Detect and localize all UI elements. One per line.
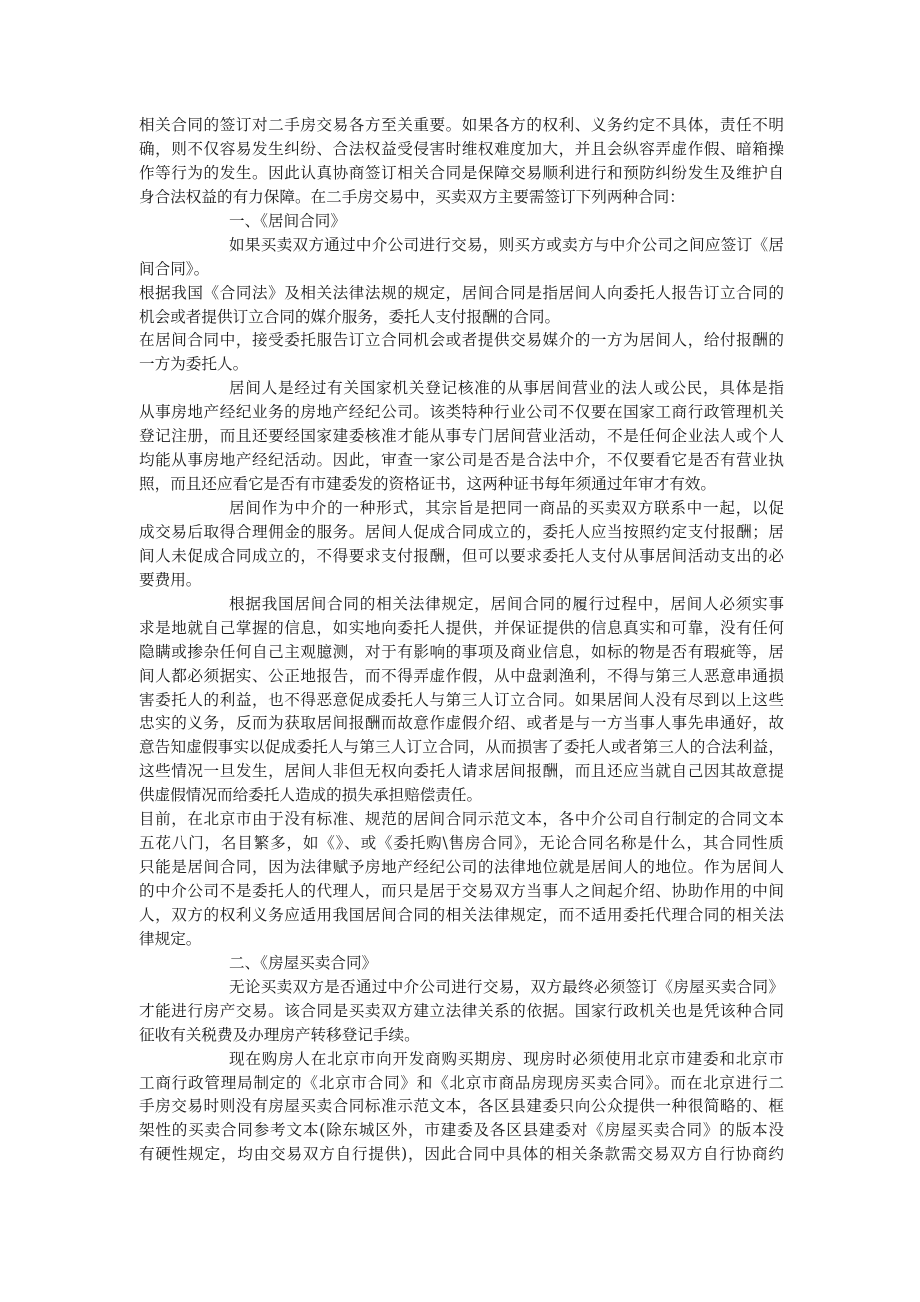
text-line: 意告知虚假事实以促成委托人与第三人订立合同，从而损害了委托人或者第三人的合法利益… xyxy=(139,736,784,760)
text-line: 有硬性规定，均由交易双方自行提供)，因此合同中具体的相关条款需交易双方自行协商约 xyxy=(139,1143,784,1167)
text-line: 如果买卖双方通过中介公司进行交易，则买方或卖方与中介公司之间应签订《居 xyxy=(139,234,784,258)
text-line: 五花八门，名目繁多，如《》、或《委托购\售房合同》，无论合同名称是什么，其合同性… xyxy=(139,832,784,856)
section-heading: 二、《房屋买卖合同》 xyxy=(139,952,784,976)
text-line: 架性的买卖合同参考文本(除东城区外，市建委及各区县建委对《房屋买卖合同》的版本没 xyxy=(139,1119,784,1143)
text-line: 一方为委托人。 xyxy=(139,353,784,377)
text-line: 相关合同的签订对二手房交易各方至关重要。如果各方的权利、义务约定不具体，责任不明 xyxy=(139,114,784,138)
text-line: 确，则不仅容易发生纠纷、合法权益受侵害时维权难度加大，并且会纵容弄虚作假、暗箱操 xyxy=(139,138,784,162)
text-line: 忠实的义务，反而为获取居间报酬而故意作虚假介绍、或者是与一方当事人事先串通好，故 xyxy=(139,712,784,736)
text-line: 供虚假情况而给委托人造成的损失承担赔偿责任。 xyxy=(139,784,784,808)
text-line: 才能进行房产交易。该合同是买卖双方建立法律关系的依据。国家行政机关也是凭该种合同 xyxy=(139,1000,784,1024)
text-line: 间人都必须据实、公正地报告，而不得弄虚作假，从中盘剥渔利，不得与第三人恶意串通损 xyxy=(139,665,784,689)
text-line: 根据我国居间合同的相关法律规定，居间合同的履行过程中，居间人必须实事 xyxy=(139,593,784,617)
text-line: 无论买卖双方是否通过中介公司进行交易，双方最终必须签订《房屋买卖合同》 xyxy=(139,976,784,1000)
text-line: 在居间合同中，接受委托服告订立合同机会或者提供交易媒介的一方为居间人，给付报酬的 xyxy=(139,329,784,353)
text-line: 登记注册，而且还要经国家建委核准才能从事专门居间营业活动，不是任何企业法人或个人 xyxy=(139,425,784,449)
text-line: 从事房地产经纪业务的房地产经纪公司。该类特种行业公司不仅要在国家工商行政管理机关 xyxy=(139,401,784,425)
text-line: 居间作为中介的一种形式，其宗旨是把同一商品的买卖双方联系中一起，以促 xyxy=(139,497,784,521)
text-line: 照，而且还应看它是否有市建委发的资格证书，这两种证书每年须通过年审才有效。 xyxy=(139,473,784,497)
text-line: 征收有关税费及办理房产转移登记手续。 xyxy=(139,1024,784,1048)
text-line: 隐瞒或掺杂任何自己主观臆测，对于有影响的事项及商业信息，如标的物是否有瑕疵等，居 xyxy=(139,641,784,665)
text-line: 成交易后取得合理佣金的服务。居间人促成合同成立的，委托人应当按照约定支付报酬；居 xyxy=(139,521,784,545)
text-line: 作等行为的发生。因此认真协商签订相关合同是保障交易顺利进行和预防纠纷发生及维护自 xyxy=(139,162,784,186)
document-page: 相关合同的签订对二手房交易各方至关重要。如果各方的权利、义务约定不具体，责任不明… xyxy=(139,114,784,1167)
document-body: 相关合同的签订对二手房交易各方至关重要。如果各方的权利、义务约定不具体，责任不明… xyxy=(139,114,784,1167)
text-line: 律规定。 xyxy=(139,928,784,952)
text-line: 求是地就自己掌握的信息，如实地向委托人提供，并保证提供的信息真实和可靠，没有任何 xyxy=(139,617,784,641)
text-line: 人，双方的权利义务应适用我国居间合同的相关法律规定，而不适用委托代理合同的相关法 xyxy=(139,904,784,928)
text-line: 害委托人的利益，也不得恶意促成委托人与第三人订立合同。如果居间人没有尽到以上这些 xyxy=(139,689,784,713)
text-line: 这些情况一旦发生，居间人非但无权向委托人请求居间报酬，而且还应当就自己因其故意提 xyxy=(139,760,784,784)
text-line: 身合法权益的有力保障。在二手房交易中，买卖双方主要需签订下列两种合同： xyxy=(139,186,784,210)
text-line: 要费用。 xyxy=(139,569,784,593)
text-line: 的中介公司不是委托人的代理人，而只是居于交易双方当事人之间起介绍、协助作用的中间 xyxy=(139,880,784,904)
text-line: 只能是居间合同，因为法律赋予房地产经纪公司的法律地位就是居间人的地位。作为居间人 xyxy=(139,856,784,880)
text-line: 现在购房人在北京市向开发商购买期房、现房时必须使用北京市建委和北京市 xyxy=(139,1048,784,1072)
text-line: 均能从事房地产经纪活动。因此，审查一家公司是否是合法中介，不仅要看它是否有营业执 xyxy=(139,449,784,473)
text-line: 间人未促成合同成立的，不得要求支付报酬，但可以要求委托人支付从事居间活动支出的必 xyxy=(139,545,784,569)
text-line: 手房交易时则没有房屋买卖合同标准示范文本，各区县建委只向公众提供一种很简略的、框 xyxy=(139,1095,784,1119)
text-line: 间合同》。 xyxy=(139,258,784,282)
text-line: 根据我国《合同法》及相关法律法规的规定，居间合同是指居间人向委托人报告订立合同的 xyxy=(139,282,784,306)
text-line: 居间人是经过有关国家机关登记核准的从事居间营业的法人或公民，具体是指 xyxy=(139,377,784,401)
text-line: 机会或者提供订立合同的媒介服务，委托人支付报酬的合同。 xyxy=(139,306,784,330)
section-heading: 一、《居间合同》 xyxy=(139,210,784,234)
text-line: 工商行政管理局制定的《北京市合同》和《北京市商品房现房买卖合同》。而在北京进行二 xyxy=(139,1072,784,1096)
text-line: 目前，在北京市由于没有标准、规范的居间合同示范文本，各中介公司自行制定的合同文本 xyxy=(139,808,784,832)
